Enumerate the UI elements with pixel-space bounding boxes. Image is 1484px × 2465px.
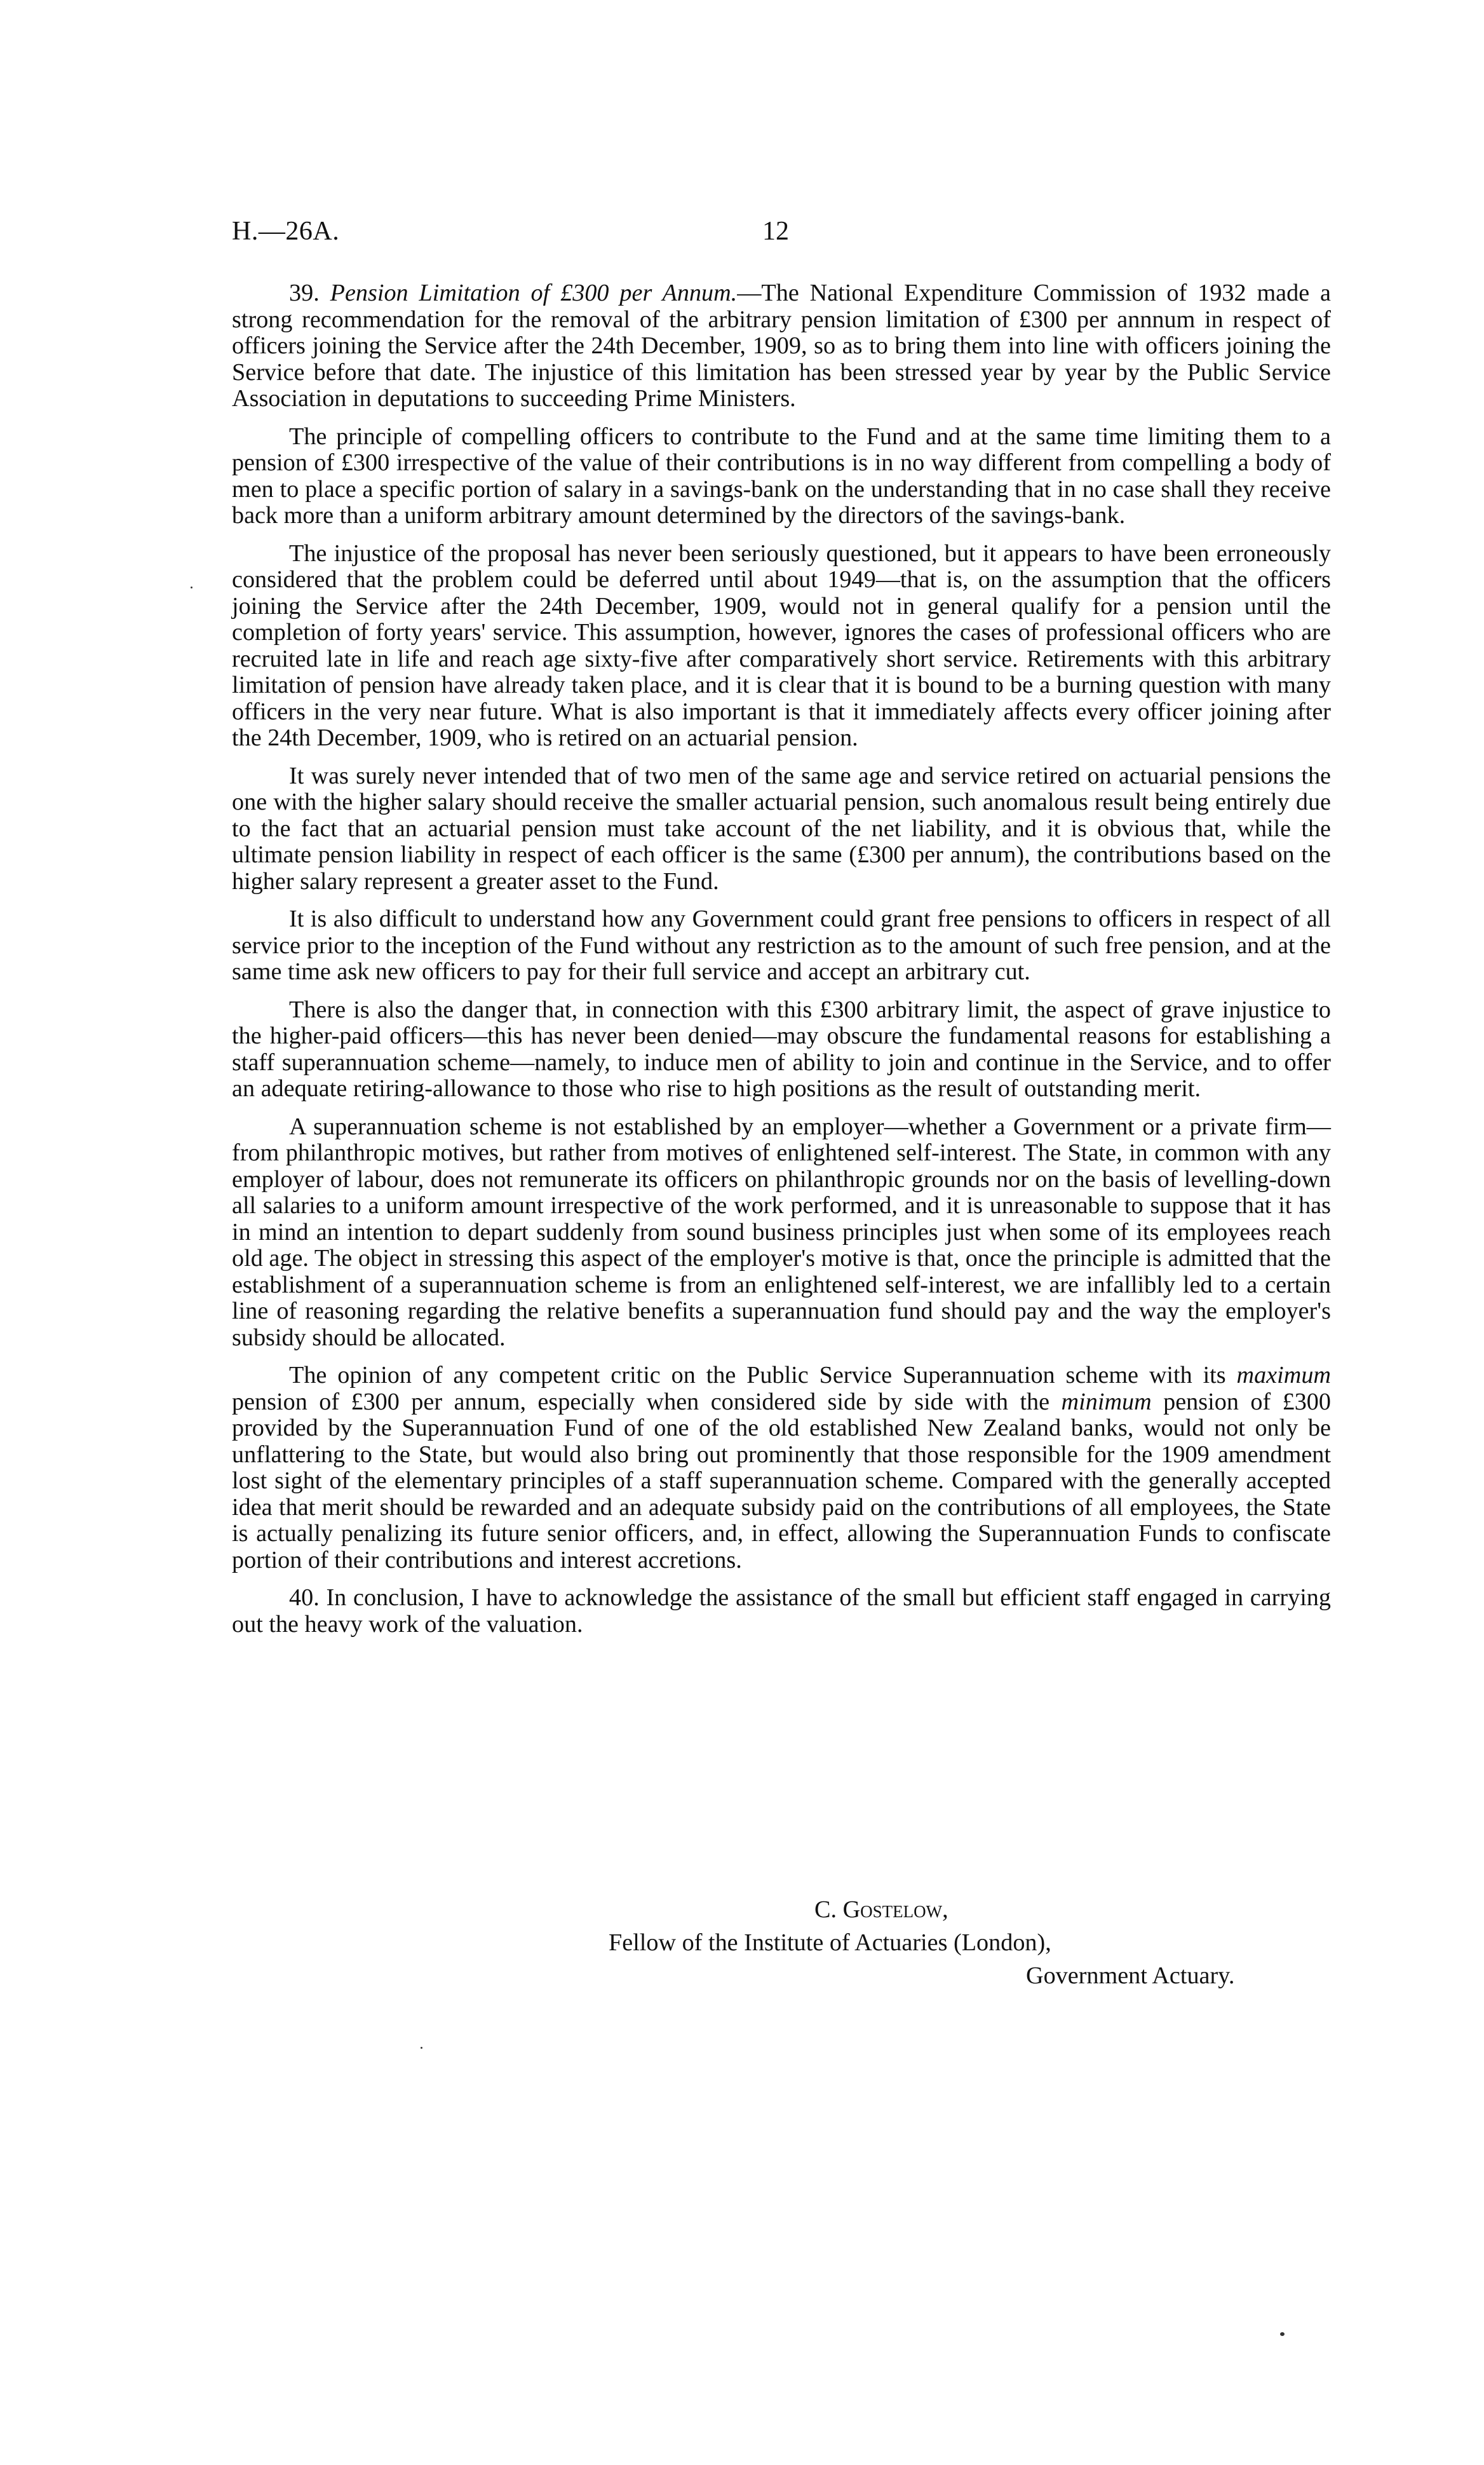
page-header: H.—26A. 12 <box>232 216 1331 254</box>
reference-suffix: A <box>313 217 332 246</box>
paragraph-superannuation-scheme: A superannuation scheme is not establish… <box>232 1114 1331 1352</box>
emphasis-minimum: minimum <box>1062 1389 1152 1415</box>
signatory-comma: , <box>942 1896 948 1923</box>
paragraph-injustice: The injustice of the proposal has never … <box>232 541 1331 752</box>
reference-end: . <box>332 217 339 246</box>
paragraph-opinion: The opinion of any competent critic on t… <box>232 1362 1331 1573</box>
signatory-name: C. Gostelow, <box>814 1894 948 1925</box>
scan-speck <box>1280 2332 1285 2336</box>
signatory-title: Fellow of the Institute of Actuaries (Lo… <box>609 1927 1051 1959</box>
emphasis-maximum: maximum <box>1237 1362 1331 1389</box>
document-body: 39. Pension Limitation of £300 per Annum… <box>232 280 1331 1638</box>
section-heading: Pension Limitation of £300 per Annum. <box>330 280 738 306</box>
paragraph-free-pensions: It is also difficult to understand how a… <box>232 906 1331 986</box>
paragraph-text: The opinion of any competent critic on t… <box>289 1362 1237 1389</box>
scan-speck <box>191 587 192 588</box>
signatory-surname: Gostelow <box>843 1896 943 1923</box>
paragraph-actuarial-pensions: It was surely never intended that of two… <box>232 763 1331 895</box>
reference-prefix: H.—26 <box>232 217 313 246</box>
paragraph-text: pension of £300 per annum, especially wh… <box>232 1389 1062 1415</box>
signatory-role: Government Actuary. <box>1026 1960 1234 1992</box>
paragraph-principle: The principle of compelling officers to … <box>232 424 1331 529</box>
paragraph-danger: There is also the danger that, in connec… <box>232 997 1331 1103</box>
document-reference: H.—26A. <box>232 216 339 247</box>
page-number: 12 <box>762 216 789 247</box>
paragraph-40: 40. In conclusion, I have to acknowledge… <box>232 1585 1331 1638</box>
signatory-initial: C. <box>814 1896 843 1923</box>
paragraph-text: pension of £300 provided by the Superann… <box>232 1389 1331 1573</box>
scan-speck <box>421 2047 422 2049</box>
paragraph-39: 39. Pension Limitation of £300 per Annum… <box>232 280 1331 412</box>
paragraph-number: 39. <box>289 280 330 306</box>
